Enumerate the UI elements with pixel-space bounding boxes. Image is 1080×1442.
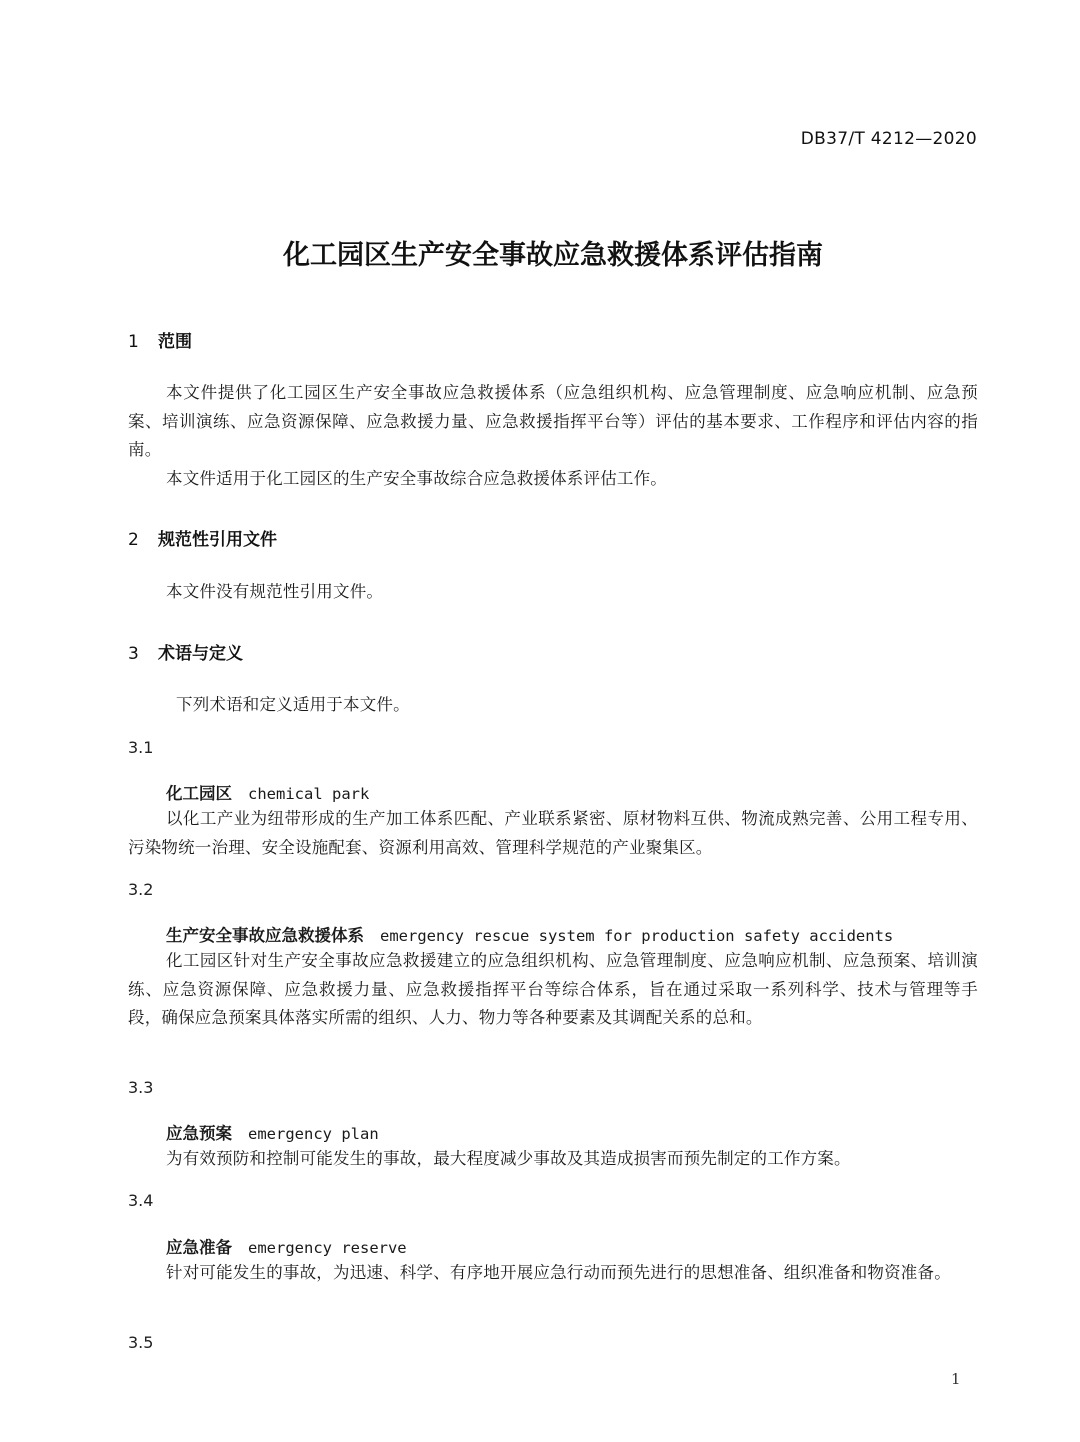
section-number: 3 bbox=[128, 644, 158, 664]
term-definition: 化工园区针对生产安全事故应急救援建立的应急组织机构、应急管理制度、应急响应机制、… bbox=[128, 947, 978, 1033]
paragraph-terms-intro: 下列术语和定义适用于本文件。 bbox=[128, 691, 978, 720]
section-heading-normative-references: 2规范性引用文件 bbox=[128, 525, 277, 550]
term-zh: 应急预案 bbox=[166, 1124, 232, 1143]
section-title: 范围 bbox=[158, 332, 192, 352]
paragraph-normative-references: 本文件没有规范性引用文件。 bbox=[128, 578, 978, 607]
clause-number: 3.3 bbox=[128, 1078, 153, 1097]
section-heading-terms-definitions: 3术语与定义 bbox=[128, 639, 243, 664]
clause-number: 3.4 bbox=[128, 1191, 153, 1210]
term-en: emergency reserve bbox=[248, 1239, 407, 1257]
term-zh: 生产安全事故应急救援体系 bbox=[166, 926, 364, 945]
paragraph-scope-1: 本文件提供了化工园区生产安全事故应急救援体系（应急组织机构、应急管理制度、应急响… bbox=[128, 379, 978, 465]
term-heading: 化工园区chemical park bbox=[166, 780, 369, 804]
term-definition: 为有效预防和控制可能发生的事故，最大程度减少事故及其造成损害而预先制定的工作方案… bbox=[128, 1145, 978, 1174]
paragraph-scope-2: 本文件适用于化工园区的生产安全事故综合应急救援体系评估工作。 bbox=[128, 465, 978, 494]
section-title: 规范性引用文件 bbox=[158, 530, 277, 550]
standard-code: DB37/T 4212—2020 bbox=[801, 129, 977, 149]
term-zh: 应急准备 bbox=[166, 1238, 232, 1257]
term-en: chemical park bbox=[248, 785, 369, 803]
document-title: 化工园区生产安全事故应急救援体系评估指南 bbox=[0, 233, 1080, 272]
clause-number: 3.5 bbox=[128, 1333, 153, 1352]
term-heading: 生产安全事故应急救援体系emergency rescue system for … bbox=[166, 922, 893, 946]
section-title: 术语与定义 bbox=[158, 644, 243, 664]
section-number: 1 bbox=[128, 332, 158, 352]
section-number: 2 bbox=[128, 530, 158, 550]
term-en: emergency plan bbox=[248, 1125, 379, 1143]
term-zh: 化工园区 bbox=[166, 784, 232, 803]
clause-number: 3.1 bbox=[128, 738, 153, 757]
term-definition: 以化工产业为纽带形成的生产加工体系匹配、产业联系紧密、原材物料互供、物流成熟完善… bbox=[128, 805, 978, 862]
term-definition: 针对可能发生的事故，为迅速、科学、有序地开展应急行动而预先进行的思想准备、组织准… bbox=[128, 1259, 978, 1288]
section-heading-scope: 1范围 bbox=[128, 327, 192, 352]
term-heading: 应急准备emergency reserve bbox=[166, 1234, 407, 1258]
clause-number: 3.2 bbox=[128, 880, 153, 899]
term-en: emergency rescue system for production s… bbox=[380, 927, 893, 945]
term-heading: 应急预案emergency plan bbox=[166, 1120, 379, 1144]
page-number: 1 bbox=[951, 1370, 961, 1388]
